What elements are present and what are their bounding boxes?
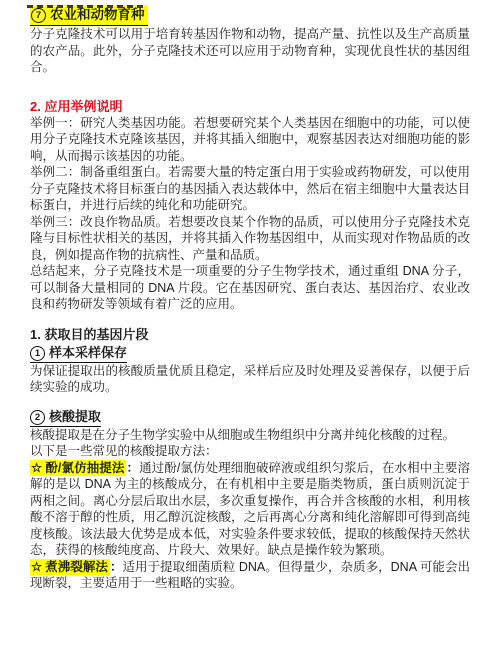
circled-number-2-icon: 2 xyxy=(30,410,45,425)
step-1-heading-label: 样本采样保存 xyxy=(49,345,127,360)
gene-fragment-heading: 1. 获取目的基因片段 xyxy=(30,326,470,343)
step-2-heading: 2核酸提取 xyxy=(30,408,470,427)
step-2-heading-label: 核酸提取 xyxy=(49,409,101,424)
highlighted-heading-box: 7农业和动物育种 xyxy=(30,5,148,26)
method-label-highlight: ☆煮沸裂解法 xyxy=(30,559,110,575)
step-2-paragraph: 核酸提取是在分子生物学实验中从细胞或生物组织中分离并纯化核酸的过程。 xyxy=(30,427,470,444)
section-heading-agriculture: 7农业和动物育种 xyxy=(30,5,470,26)
underlined-heading-box: 1样本采样保存 xyxy=(30,344,127,363)
example-1-paragraph: 举例一：研究人类基因功能。若想要研究某个人类基因在细胞中的功能，可以使用分子克隆… xyxy=(30,115,470,165)
cropped-previous-line-remnant xyxy=(27,5,145,8)
examples-heading: 2. 应用举例说明 xyxy=(30,98,470,115)
star-icon: ☆ xyxy=(31,461,42,475)
circled-number-7-icon: 7 xyxy=(31,8,46,23)
methods-intro-paragraph: 以下是一些常见的核酸提取方法： xyxy=(30,443,470,460)
method-boiling-lysis-paragraph: ☆煮沸裂解法：适用于提取细菌质粒 DNA。但得量少，杂质多，DNA 可能会出现断… xyxy=(30,559,470,592)
step-1-paragraph: 为保证提取出的核酸质量优质且稳定，采样后应及时处理及妥善保存，以便于后续实验的成… xyxy=(30,363,470,396)
summary-paragraph: 总结起来，分子克隆技术是一项重要的分子生物学技术，通过重组 DNA 分子，可以制… xyxy=(30,263,470,313)
section-heading-agriculture-label: 农业和动物育种 xyxy=(50,7,145,22)
method-colon: ： xyxy=(110,560,123,574)
example-2-paragraph: 举例二：制备重组蛋白。若需要大量的特定蛋白用于实验或药物研发，可以使用分子克隆技… xyxy=(30,164,470,214)
method-label-highlight: ☆酚/氯仿抽提法 xyxy=(30,460,126,476)
method-boiling-lysis-label: 煮沸裂解法 xyxy=(45,560,108,574)
method-phenol-chloroform-paragraph: ☆酚/氯仿抽提法：通过酚/氯仿处理细胞破碎液或组织匀浆后，在水相中主要溶解的是以… xyxy=(30,460,470,559)
star-icon: ☆ xyxy=(31,560,42,574)
method-colon: ： xyxy=(126,461,139,475)
method-phenol-chloroform-label: 酚/氯仿抽提法 xyxy=(45,461,124,475)
agriculture-paragraph: 分子克隆技术可以用于培育转基因作物和动物，提高产量、抗性以及生产高质量的农产品。… xyxy=(30,26,470,76)
underlined-heading-box: 2核酸提取 xyxy=(30,408,101,427)
step-1-heading: 1样本采样保存 xyxy=(30,344,470,363)
circled-number-1-icon: 1 xyxy=(30,346,45,361)
document-page: 7农业和动物育种 分子克隆技术可以用于培育转基因作物和动物，提高产量、抗性以及生… xyxy=(0,5,500,592)
example-3-paragraph: 举例三：改良作物品质。若想要改良某个作物的品质，可以使用分子克隆技术克隆与目标性… xyxy=(30,214,470,264)
